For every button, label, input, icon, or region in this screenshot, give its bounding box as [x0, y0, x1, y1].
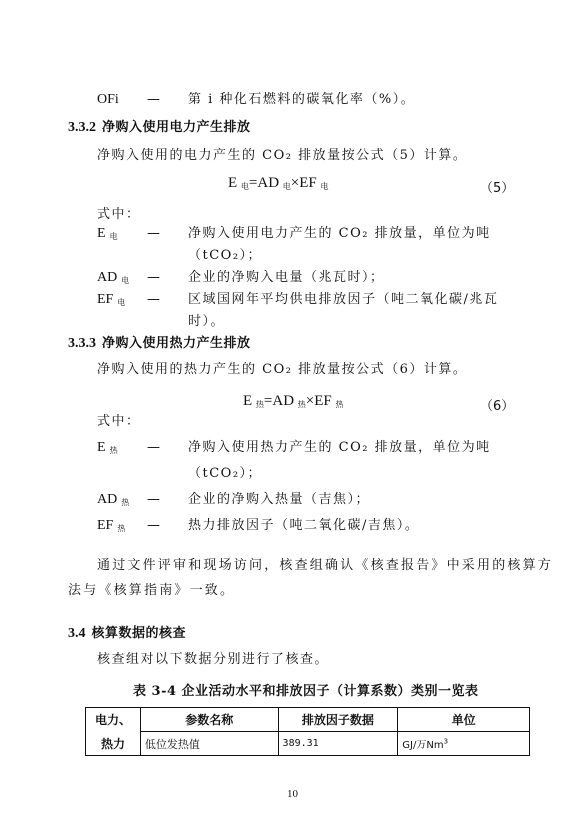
- symbol: E: [97, 440, 106, 455]
- formula-lhs: E: [243, 393, 252, 409]
- formula-ad: =AD: [264, 393, 294, 409]
- conclusion-line-1: 通过文件评审和现场访问，核查组确认《核查报告》中采用的核算方: [97, 558, 553, 574]
- definition-text: 第 i 种化石燃料的碳氧化率（%）。: [188, 92, 415, 108]
- subscript: 热: [121, 498, 129, 507]
- page-number: 10: [287, 788, 298, 800]
- section-intro: 核查组对以下数据分别进行了核查。: [97, 652, 329, 668]
- category-label: 热力: [101, 737, 125, 751]
- definition-dash: —: [147, 492, 160, 507]
- header-emission-factor: 排放因子数据: [278, 708, 398, 732]
- section-heading-3-3-2: 3.3.2净购入使用电力产生排放: [68, 120, 251, 136]
- definition-text: 企业的净购入热量（吉焦）；: [188, 492, 370, 508]
- activity-emission-factor-table: 电力、 参数名称 排放因子数据 单位 热力 低位发热值 389.31 GJ/万N…: [85, 707, 530, 756]
- subscript: 电: [110, 232, 118, 241]
- symbol: E: [97, 226, 106, 241]
- symbol: EF: [97, 518, 113, 533]
- definition-text: 区域国网年平均供电排放因子（吨二氧化碳/兆瓦: [188, 292, 498, 308]
- definition-continuation: （tCO₂）；: [188, 248, 262, 264]
- formula-6: E 热=AD 热×EF 热: [243, 393, 344, 410]
- definition-text: 净购入使用电力产生的 CO₂ 排放量，单位为吨: [188, 226, 491, 242]
- section-title: 净购入使用电力产生排放: [102, 120, 251, 135]
- category-cell: 电力、: [86, 708, 141, 732]
- formula-ef: ×EF: [291, 175, 317, 191]
- value-cell: 389.31: [278, 732, 398, 756]
- definition-text: 净购入使用热力产生的 CO₂ 排放量，单位为吨: [188, 440, 491, 456]
- definition-dash: —: [147, 292, 160, 307]
- formula-5: E 电=AD 电×EF 电: [228, 175, 329, 192]
- unit-cell: GJ/万Nm3: [398, 732, 530, 756]
- def-symbol-ef: EF电: [97, 292, 125, 308]
- definition-dash: —: [147, 270, 160, 285]
- section-intro: 净购入使用的热力产生的 CO₂ 排放量按公式（6）计算。: [97, 362, 467, 378]
- section-heading-3-3-3: 3.3.3净购入使用热力产生排放: [68, 336, 251, 352]
- equation-number-5: （5）: [480, 177, 514, 196]
- subscript: 热: [110, 446, 118, 455]
- symbol: AD: [97, 492, 117, 507]
- section-heading-3-4: 3.4核算数据的核查: [68, 626, 186, 642]
- definition-continuation: 时）。: [188, 314, 225, 330]
- section-number: 3.3.2: [68, 120, 96, 135]
- def-symbol-ad: AD电: [97, 270, 129, 286]
- section-number: 3.4: [68, 626, 86, 641]
- symbol: AD: [97, 270, 117, 285]
- subscript: 热: [117, 524, 125, 533]
- formula-subscript: 热: [336, 400, 344, 409]
- formula-subscript: 电: [241, 182, 249, 191]
- formula-subscript: 电: [283, 182, 291, 191]
- definition-text: 企业的净购入电量（兆瓦时）；: [188, 270, 385, 286]
- table-row: 热力 低位发热值 389.31 GJ/万Nm3: [86, 732, 530, 756]
- header-param-name: 参数名称: [140, 708, 278, 732]
- unit-text: GJ/万Nm: [402, 740, 443, 751]
- table-header-row: 电力、 参数名称 排放因子数据 单位: [86, 708, 530, 732]
- formula-ef: ×EF: [306, 393, 332, 409]
- definition-dash: —: [147, 92, 160, 107]
- formula-ad: =AD: [249, 175, 279, 191]
- symbol: EF: [97, 292, 113, 307]
- category-cell: 热力: [86, 732, 141, 756]
- definition-dash: —: [147, 518, 160, 533]
- section-intro: 净购入使用的电力产生的 CO₂ 排放量按公式（5）计算。: [97, 148, 467, 164]
- equation-number-6: （6）: [480, 395, 514, 414]
- definition-symbol: OFi: [97, 92, 119, 107]
- unit-superscript: 3: [444, 738, 448, 746]
- conclusion-line-2: 法与《核算指南》一致。: [68, 583, 235, 599]
- def-symbol-e: E电: [97, 226, 118, 242]
- definition-ofi: OFi: [97, 92, 119, 108]
- definition-continuation: （tCO₂）；: [188, 466, 262, 482]
- section-title: 核算数据的核查: [92, 626, 187, 641]
- definition-text: 热力排放因子（吨二氧化碳/吉焦）。: [188, 518, 419, 534]
- where-label: 式中：: [97, 207, 141, 223]
- formula-subscript: 电: [321, 182, 329, 191]
- section-number: 3.3.3: [68, 336, 96, 351]
- where-label: 式中：: [97, 414, 141, 430]
- header-unit: 单位: [398, 708, 530, 732]
- category-label: 电力、: [95, 713, 131, 727]
- formula-subscript: 热: [256, 400, 264, 409]
- subscript: 电: [121, 276, 129, 285]
- def-symbol-e: E热: [97, 440, 118, 456]
- definition-dash: —: [147, 440, 160, 455]
- section-title: 净购入使用热力产生排放: [102, 336, 251, 351]
- def-symbol-ad: AD热: [97, 492, 129, 508]
- def-symbol-ef: EF热: [97, 518, 125, 534]
- formula-subscript: 热: [298, 400, 306, 409]
- param-cell: 低位发热值: [140, 732, 278, 756]
- table-caption: 表 3-4 企业活动水平和排放因子（计算系数）类别一览表: [133, 680, 479, 699]
- subscript: 电: [117, 298, 125, 307]
- definition-dash: —: [147, 226, 160, 241]
- formula-lhs: E: [228, 175, 237, 191]
